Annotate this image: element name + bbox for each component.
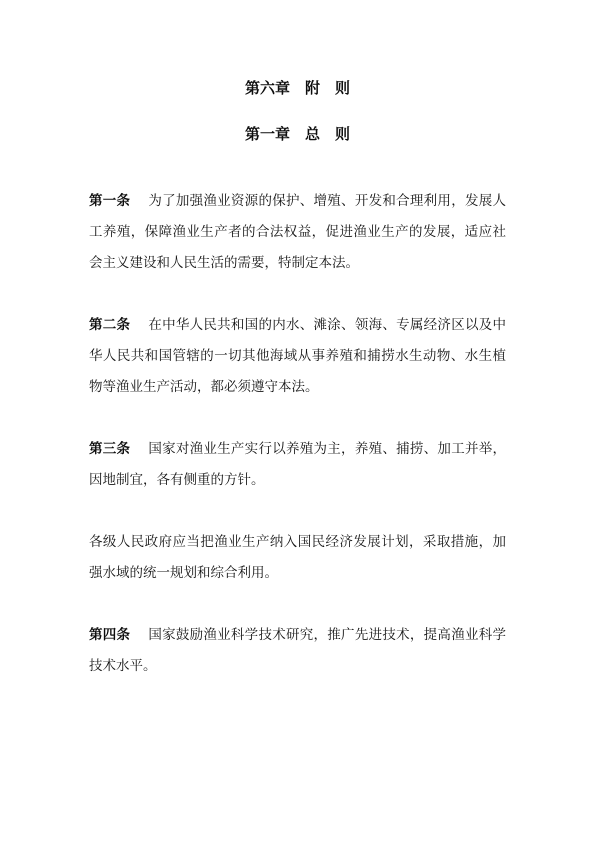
plain-paragraph-text: 各级人民政府应当把渔业生产纳入国民经济发展计划，采取措施，加强水域的统一规划和综… — [89, 534, 506, 580]
article-1-text: 为了加强渔业资源的保护、增殖、开发和合理利用，发展人工养殖，保障渔业生产者的合法… — [89, 193, 506, 270]
article-4-label: 第四条 — [89, 627, 130, 642]
plain-paragraph-government-planning: 各级人民政府应当把渔业生产纳入国民经济发展计划，采取措施，加强水域的统一规划和综… — [89, 526, 506, 588]
article-2-paragraph: 第二条在中华人民共和国的内水、滩涂、领海、专属经济区以及中华人民共和国管辖的一切… — [89, 309, 506, 402]
article-3-text: 国家对渔业生产实行以养殖为主，养殖、捕捞、加工并举，因地制宜，各有侧重的方针。 — [89, 441, 506, 487]
article-1-label: 第一条 — [89, 193, 130, 208]
article-3-label: 第三条 — [89, 441, 130, 456]
document-page: 第六章 附 则 第一章 总 则 第一条为了加强渔业资源的保护、增殖、开发和合理利… — [0, 0, 595, 841]
chapter-heading-general-provisions: 第一章 总 则 — [89, 120, 506, 151]
article-2-label: 第二条 — [89, 317, 130, 332]
article-4-text: 国家鼓励渔业科学技术研究，推广先进技术，提高渔业科学技术水平。 — [89, 627, 506, 673]
chapter-heading-supplementary-provisions: 第六章 附 则 — [89, 74, 506, 105]
article-4-paragraph: 第四条国家鼓励渔业科学技术研究，推广先进技术，提高渔业科学技术水平。 — [89, 619, 506, 681]
article-1-paragraph: 第一条为了加强渔业资源的保护、增殖、开发和合理利用，发展人工养殖，保障渔业生产者… — [89, 185, 506, 278]
article-2-text: 在中华人民共和国的内水、滩涂、领海、专属经济区以及中华人民共和国管辖的一切其他海… — [89, 317, 506, 394]
article-3-paragraph: 第三条国家对渔业生产实行以养殖为主，养殖、捕捞、加工并举，因地制宜，各有侧重的方… — [89, 433, 506, 495]
